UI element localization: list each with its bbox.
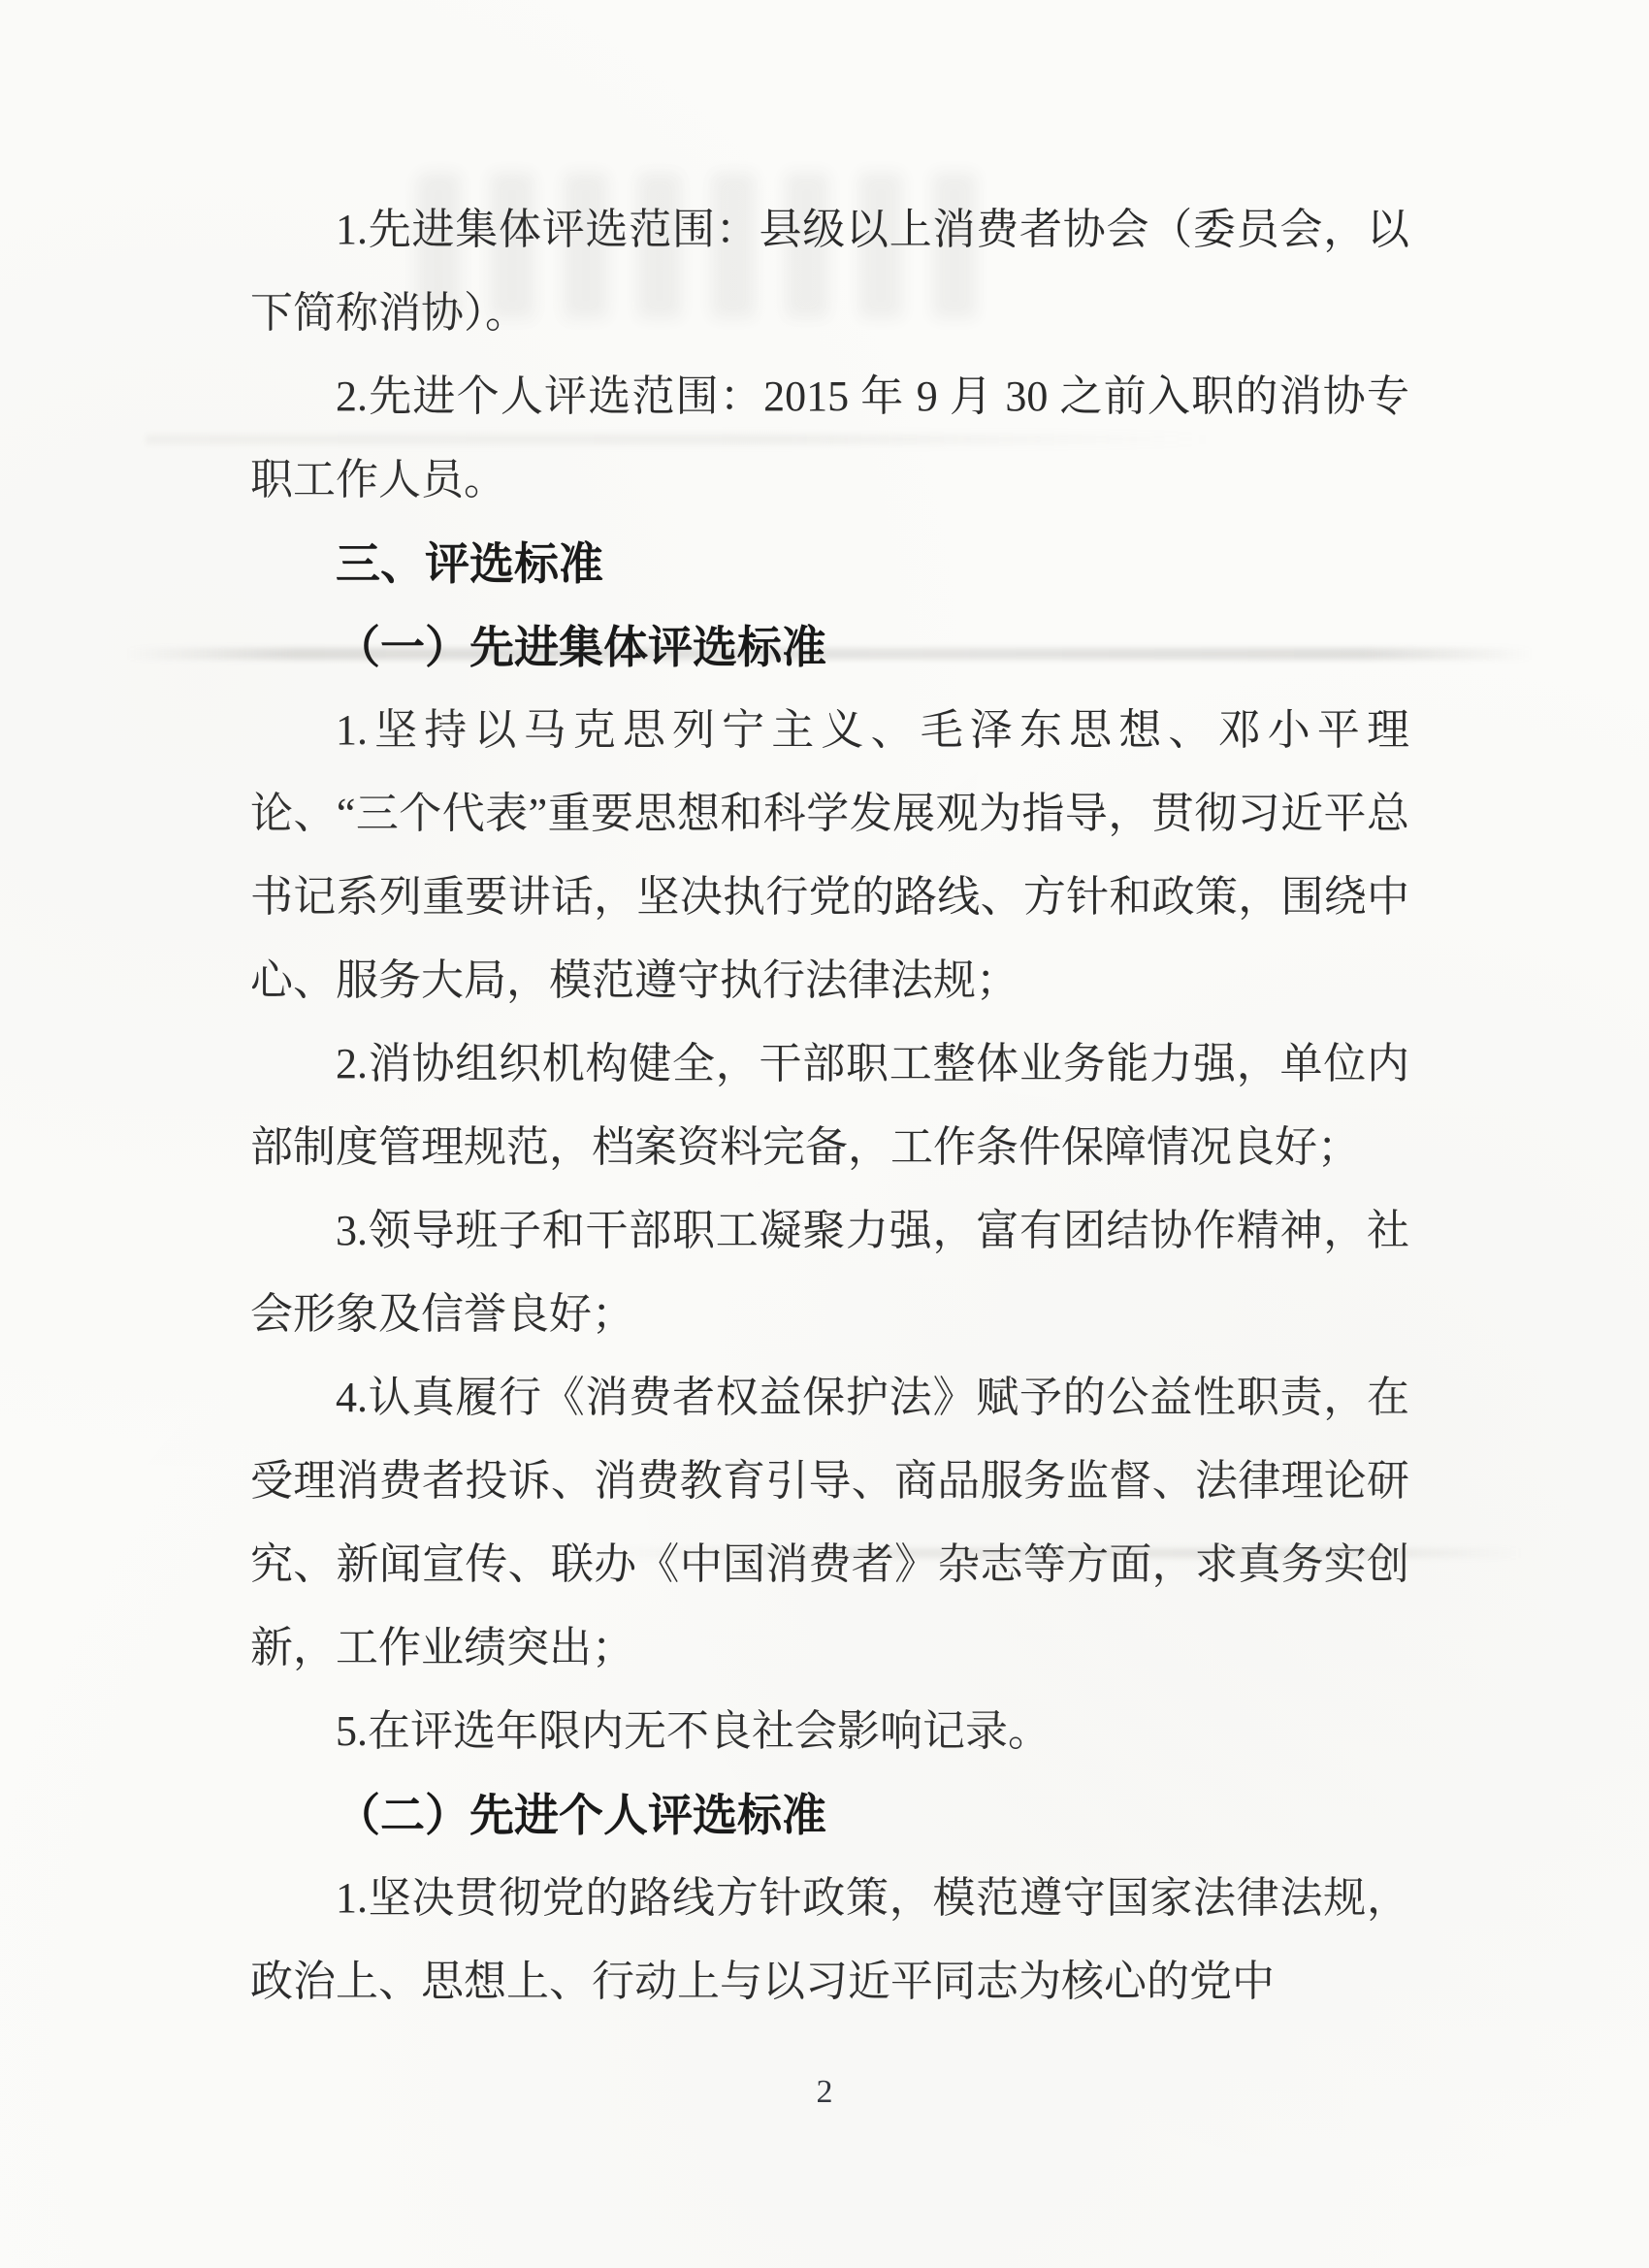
- body-paragraph: 3.领导班子和干部职工凝聚力强，富有团结协作精神，社会形象及信誉良好；: [250, 1189, 1409, 1356]
- section-heading: （二）先进个人评选标准: [250, 1773, 1409, 1857]
- body-paragraph: 2.消协组织机构健全，干部职工整体业务能力强，单位内部制度管理规范，档案资料完备…: [250, 1022, 1409, 1189]
- document-content: 1.先进集体评选范围：县级以上消费者协会（委员会，以下简称消协）。2.先进个人评…: [250, 188, 1409, 2024]
- body-paragraph: 1.坚决贯彻党的路线方针政策，模范遵守国家法律法规，政治上、思想上、行动上与以习…: [250, 1857, 1409, 2024]
- body-paragraph: 4.认真履行《消费者权益保护法》赋予的公益性职责，在受理消费者投诉、消费教育引导…: [250, 1356, 1409, 1690]
- body-paragraph: 5.在评选年限内无不良社会影响记录。: [250, 1690, 1409, 1773]
- body-paragraph: 1.先进集体评选范围：县级以上消费者协会（委员会，以下简称消协）。: [250, 188, 1409, 355]
- page-number: 2: [817, 2074, 833, 2110]
- section-heading: 三、评选标准: [250, 522, 1409, 605]
- body-paragraph: 2.先进个人评选范围：2015 年 9 月 30 之前入职的消协专职工作人员。: [250, 355, 1409, 522]
- page-footer: 2: [0, 2074, 1649, 2111]
- section-heading: （一）先进集体评选标准: [250, 605, 1409, 689]
- body-paragraph: 1.坚持以马克思列宁主义、毛泽东思想、邓小平理论、“三个代表”重要思想和科学发展…: [250, 689, 1409, 1022]
- document-page: 1.先进集体评选范围：县级以上消费者协会（委员会，以下简称消协）。2.先进个人评…: [0, 0, 1649, 2268]
